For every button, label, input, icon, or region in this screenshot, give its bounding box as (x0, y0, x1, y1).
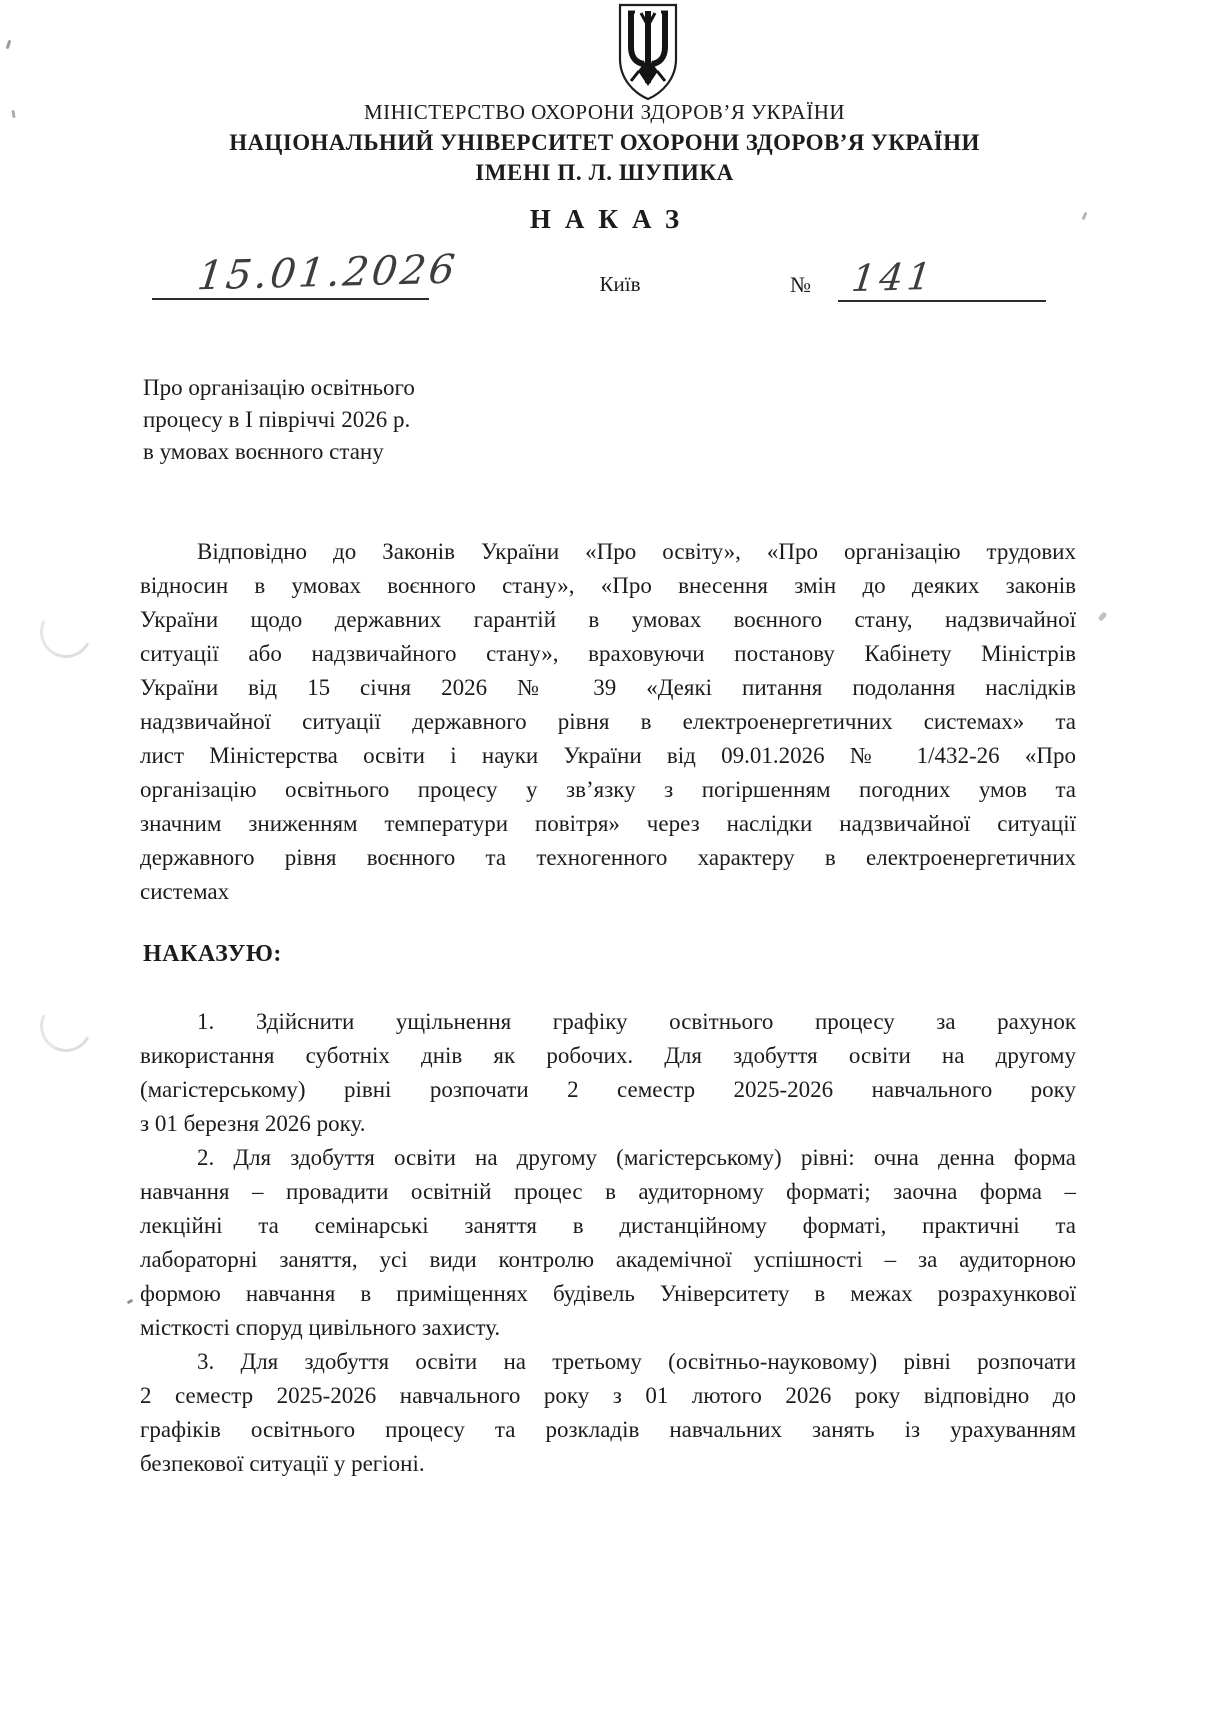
text-line: значним зниженням температури повітря» ч… (140, 807, 1076, 841)
text-line: безпекової ситуації у регіоні. (140, 1447, 1076, 1481)
text-line: процесу в І півріччі 2026 р. (143, 404, 623, 436)
text-line: Про організацію освітнього (143, 372, 623, 404)
text-line: 2. Для здобуття освіти на другому (магіс… (140, 1141, 1076, 1175)
text-line: України щодо державних гарантій в умовах… (140, 603, 1076, 637)
text-line: в умовах воєнного стану (143, 436, 623, 468)
text-line: місткості споруд цивільного захисту. (140, 1311, 1076, 1345)
document-type-title: НАКАЗ (0, 204, 1209, 235)
handwritten-number: 141 (849, 255, 937, 300)
number-sign: № (790, 272, 811, 298)
text-line: відносин в умовах воєнного стану», «Про … (140, 569, 1076, 603)
text-line: надзвичайної ситуації державного рівня в… (140, 705, 1076, 739)
tryzub-emblem-icon (617, 3, 679, 102)
text-line: системах (140, 875, 1076, 909)
text-line: використання суботніх днів як робочих. Д… (140, 1039, 1076, 1073)
text-line: організацію освітнього процесу у зв’язку… (140, 773, 1076, 807)
city-label: Київ (560, 272, 680, 297)
text-line: з 01 березня 2026 року. (140, 1107, 1076, 1141)
ministry-name: МІНІСТЕРСТВО ОХОРОНИ ЗДОРОВ’Я УКРАЇНИ (0, 100, 1209, 125)
handwritten-date: 15.01.2026 (195, 247, 460, 300)
date-underline (152, 298, 429, 300)
text-line: 2 семестр 2025-2026 навчального року з 0… (140, 1379, 1076, 1413)
text-line: лабораторні заняття, усі види контролю а… (140, 1243, 1076, 1277)
preamble-paragraph: Відповідно до Законів України «Про освіт… (140, 535, 1076, 909)
scan-artifact-arc (33, 599, 99, 665)
university-named-after: ІМЕНІ П. Л. ШУПИКА (0, 160, 1209, 186)
text-line: Відповідно до Законів України «Про освіт… (140, 535, 1076, 569)
text-line: ситуації або надзвичайного стану», врахо… (140, 637, 1076, 671)
text-line: державного рівня воєнного та техногенног… (140, 841, 1076, 875)
text-line: лекційні та семінарські заняття в дистан… (140, 1209, 1076, 1243)
text-line: навчання – провадити освітній процес в а… (140, 1175, 1076, 1209)
order-heading: НАКАЗУЮ: (143, 941, 282, 968)
scan-artifact-arc (33, 993, 99, 1059)
text-line: 3. Для здобуття освіти на третьому (осві… (140, 1345, 1076, 1379)
text-line: графіків освітнього процесу та розкладів… (140, 1413, 1076, 1447)
text-line: України від 15 січня 2026 № 39 «Деякі пи… (140, 671, 1076, 705)
text-line: 1. Здійснити ущільнення графіку освітньо… (140, 1005, 1076, 1039)
text-line: (магістерському) рівні розпочати 2 семес… (140, 1073, 1076, 1107)
scanned-order-document: МІНІСТЕРСТВО ОХОРОНИ ЗДОРОВ’Я УКРАЇНИ НА… (0, 0, 1209, 1721)
text-line: лист Міністерства освіти і науки України… (140, 739, 1076, 773)
subject-block: Про організацію освітньогопроцесу в І пі… (143, 372, 623, 468)
text-line: формою навчання в приміщеннях будівель У… (140, 1277, 1076, 1311)
scan-artifact-speck (127, 1299, 134, 1305)
order-item-2: 2. Для здобуття освіти на другому (магіс… (140, 1141, 1076, 1345)
order-item-1: 1. Здійснити ущільнення графіку освітньо… (140, 1005, 1076, 1141)
scan-artifact-speck (1098, 611, 1108, 621)
number-underline (838, 300, 1046, 302)
order-item-3: 3. Для здобуття освіти на третьому (осві… (140, 1345, 1076, 1481)
university-name: НАЦІОНАЛЬНИЙ УНІВЕРСИТЕТ ОХОРОНИ ЗДОРОВ’… (0, 130, 1209, 156)
scan-artifact-speck (6, 40, 12, 49)
